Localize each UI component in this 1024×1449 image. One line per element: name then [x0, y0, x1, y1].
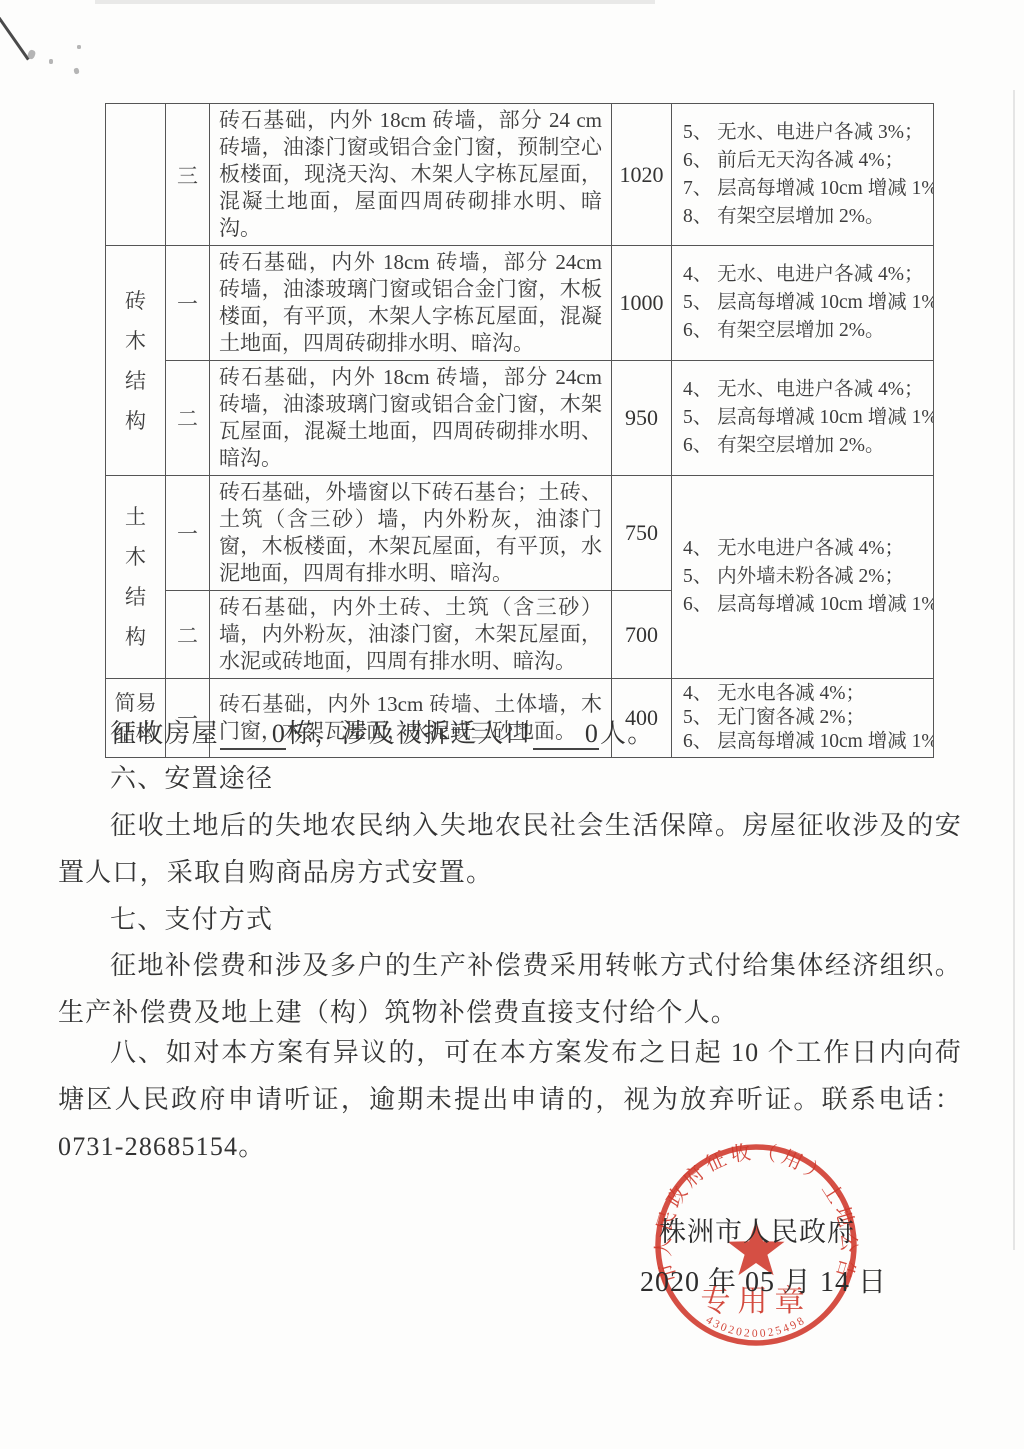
scan-speck [49, 59, 53, 64]
signing-authority-text: 株洲市人民政府 [659, 1210, 855, 1249]
note-line: 6、 前后无天沟各减 4%； [683, 147, 929, 175]
signing-date-text: 2020 年 05 月 14 日 [640, 1260, 887, 1300]
houses-count-value: 0 [220, 720, 286, 750]
houses-count-line: 征收房屋0栋，涉及被拆迁人口0人。 [58, 710, 962, 757]
note-line: 4、 无水、电进户各减 4%； [683, 261, 929, 289]
price-cell: 700 [612, 591, 672, 679]
houses-line-mid: 栋，涉及被拆迁人口 [287, 719, 532, 748]
houses-line-suffix: 人。 [600, 719, 654, 748]
scan-smudge [95, 0, 655, 4]
note-line: 4、 无水电各减 4%； [683, 682, 929, 706]
structure-type-cell [106, 104, 166, 246]
note-line: 6、 有架空层增加 2%。 [683, 317, 929, 345]
description-cell: 砖石基础，内外土砖、土筑（含三砂）墙，内外粉灰，油漆门窗，木架瓦屋面，水泥或砖地… [210, 591, 612, 679]
table-row: 三 砖石基础，内外 18cm 砖墙，部分 24 cm 砖墙，油漆门窗或铝合金门窗… [106, 104, 934, 246]
houses-line-prefix: 征收房屋 [110, 719, 219, 748]
note-line: 6、 层高每增减 10cm 增减 1%。 [683, 591, 929, 619]
notes-cell: 4、 无水、电进户各减 4%； 5、 层高每增减 10cm 增减 1%； 6、 … [672, 246, 934, 361]
price-cell: 750 [612, 476, 672, 591]
price-cell: 950 [612, 361, 672, 476]
scan-speck [77, 45, 81, 49]
table-row: 土 木 结 构 一 砖石基础，外墙窗以下砖石基台；土砖、土筑（含三砂）墙，内外粉… [106, 476, 934, 591]
description-cell: 砖石基础，外墙窗以下砖石基台；土砖、土筑（含三砂）墙，内外粉灰，油漆门窗，木板楼… [210, 476, 612, 591]
price-cell: 1000 [612, 246, 672, 361]
note-line: 8、 有架空层增加 2%。 [683, 203, 929, 231]
note-line: 5、 无水、电进户各减 3%； [683, 119, 929, 147]
paragraph-resettlement: 征收土地后的失地农民纳入失地农民社会生活保障。房屋征收涉及的安置人口，采取自购商… [58, 802, 962, 896]
note-line: 4、 无水、电进户各减 4%； [683, 376, 929, 404]
grade-cell: 二 [166, 361, 210, 476]
grade-cell: 三 [166, 104, 210, 246]
structure-type-cell: 土 木 结 构 [106, 476, 166, 679]
grade-cell: 一 [166, 476, 210, 591]
page-edge-shadow [1013, 90, 1015, 1250]
table-row: 砖 木 结 构 一 砖石基础，内外 18cm 砖墙，部分 24cm 砖墙，油漆玻… [106, 246, 934, 361]
notes-cell: 4、 无水电进户各减 4%； 5、 内外墙未粉各减 2%； 6、 层高每增减 1… [672, 476, 934, 679]
note-line: 5、 层高每增减 10cm 增减 1%； [683, 404, 929, 432]
note-line: 6、 有架空层增加 2%。 [683, 432, 929, 460]
notes-cell: 5、 无水、电进户各减 3%； 6、 前后无天沟各减 4%； 7、 层高每增减 … [672, 104, 934, 246]
people-count-value: 0 [533, 720, 599, 750]
table-row: 二 砖石基础，内外 18cm 砖墙，部分 24cm 砖墙，油漆玻璃门窗或铝合金门… [106, 361, 934, 476]
paragraph-payment: 征地补偿费和涉及多户的生产补偿费采用转帐方式付给集体经济组织。生产补偿费及地上建… [58, 942, 962, 1036]
grade-cell: 二 [166, 591, 210, 679]
scan-artifact-line [0, 8, 30, 60]
section-heading-7: 七、支付方式 [58, 896, 962, 943]
scanned-document-page: 三 砖石基础，内外 18cm 砖墙，部分 24 cm 砖墙，油漆门窗或铝合金门窗… [0, 0, 1024, 1449]
note-line: 5、 内外墙未粉各减 2%； [683, 563, 929, 591]
scan-speck [73, 67, 79, 74]
description-cell: 砖石基础，内外 18cm 砖墙，部分 24cm 砖墙，油漆玻璃门窗或铝合金门窗，… [210, 361, 612, 476]
section-heading-6: 六、安置途径 [58, 755, 962, 802]
note-line: 5、 层高每增减 10cm 增减 1%； [683, 289, 929, 317]
description-cell: 砖石基础，内外 18cm 砖墙，部分 24cm 砖墙，油漆玻璃门窗或铝合金门窗，… [210, 246, 612, 361]
notes-cell: 4、 无水、电进户各减 4%； 5、 层高每增减 10cm 增减 1%； 6、 … [672, 361, 934, 476]
note-line: 7、 层高每增减 10cm 增减 1%； [683, 175, 929, 203]
note-line: 4、 无水电进户各减 4%； [683, 535, 929, 563]
scan-speck [27, 49, 37, 60]
description-cell: 砖石基础，内外 18cm 砖墙，部分 24 cm 砖墙，油漆门窗或铝合金门窗，预… [210, 104, 612, 246]
grade-cell: 一 [166, 246, 210, 361]
price-cell: 1020 [612, 104, 672, 246]
structure-type-cell: 砖 木 结 构 [106, 246, 166, 476]
compensation-standards-table: 三 砖石基础，内外 18cm 砖墙，部分 24 cm 砖墙，油漆门窗或铝合金门窗… [105, 103, 934, 758]
